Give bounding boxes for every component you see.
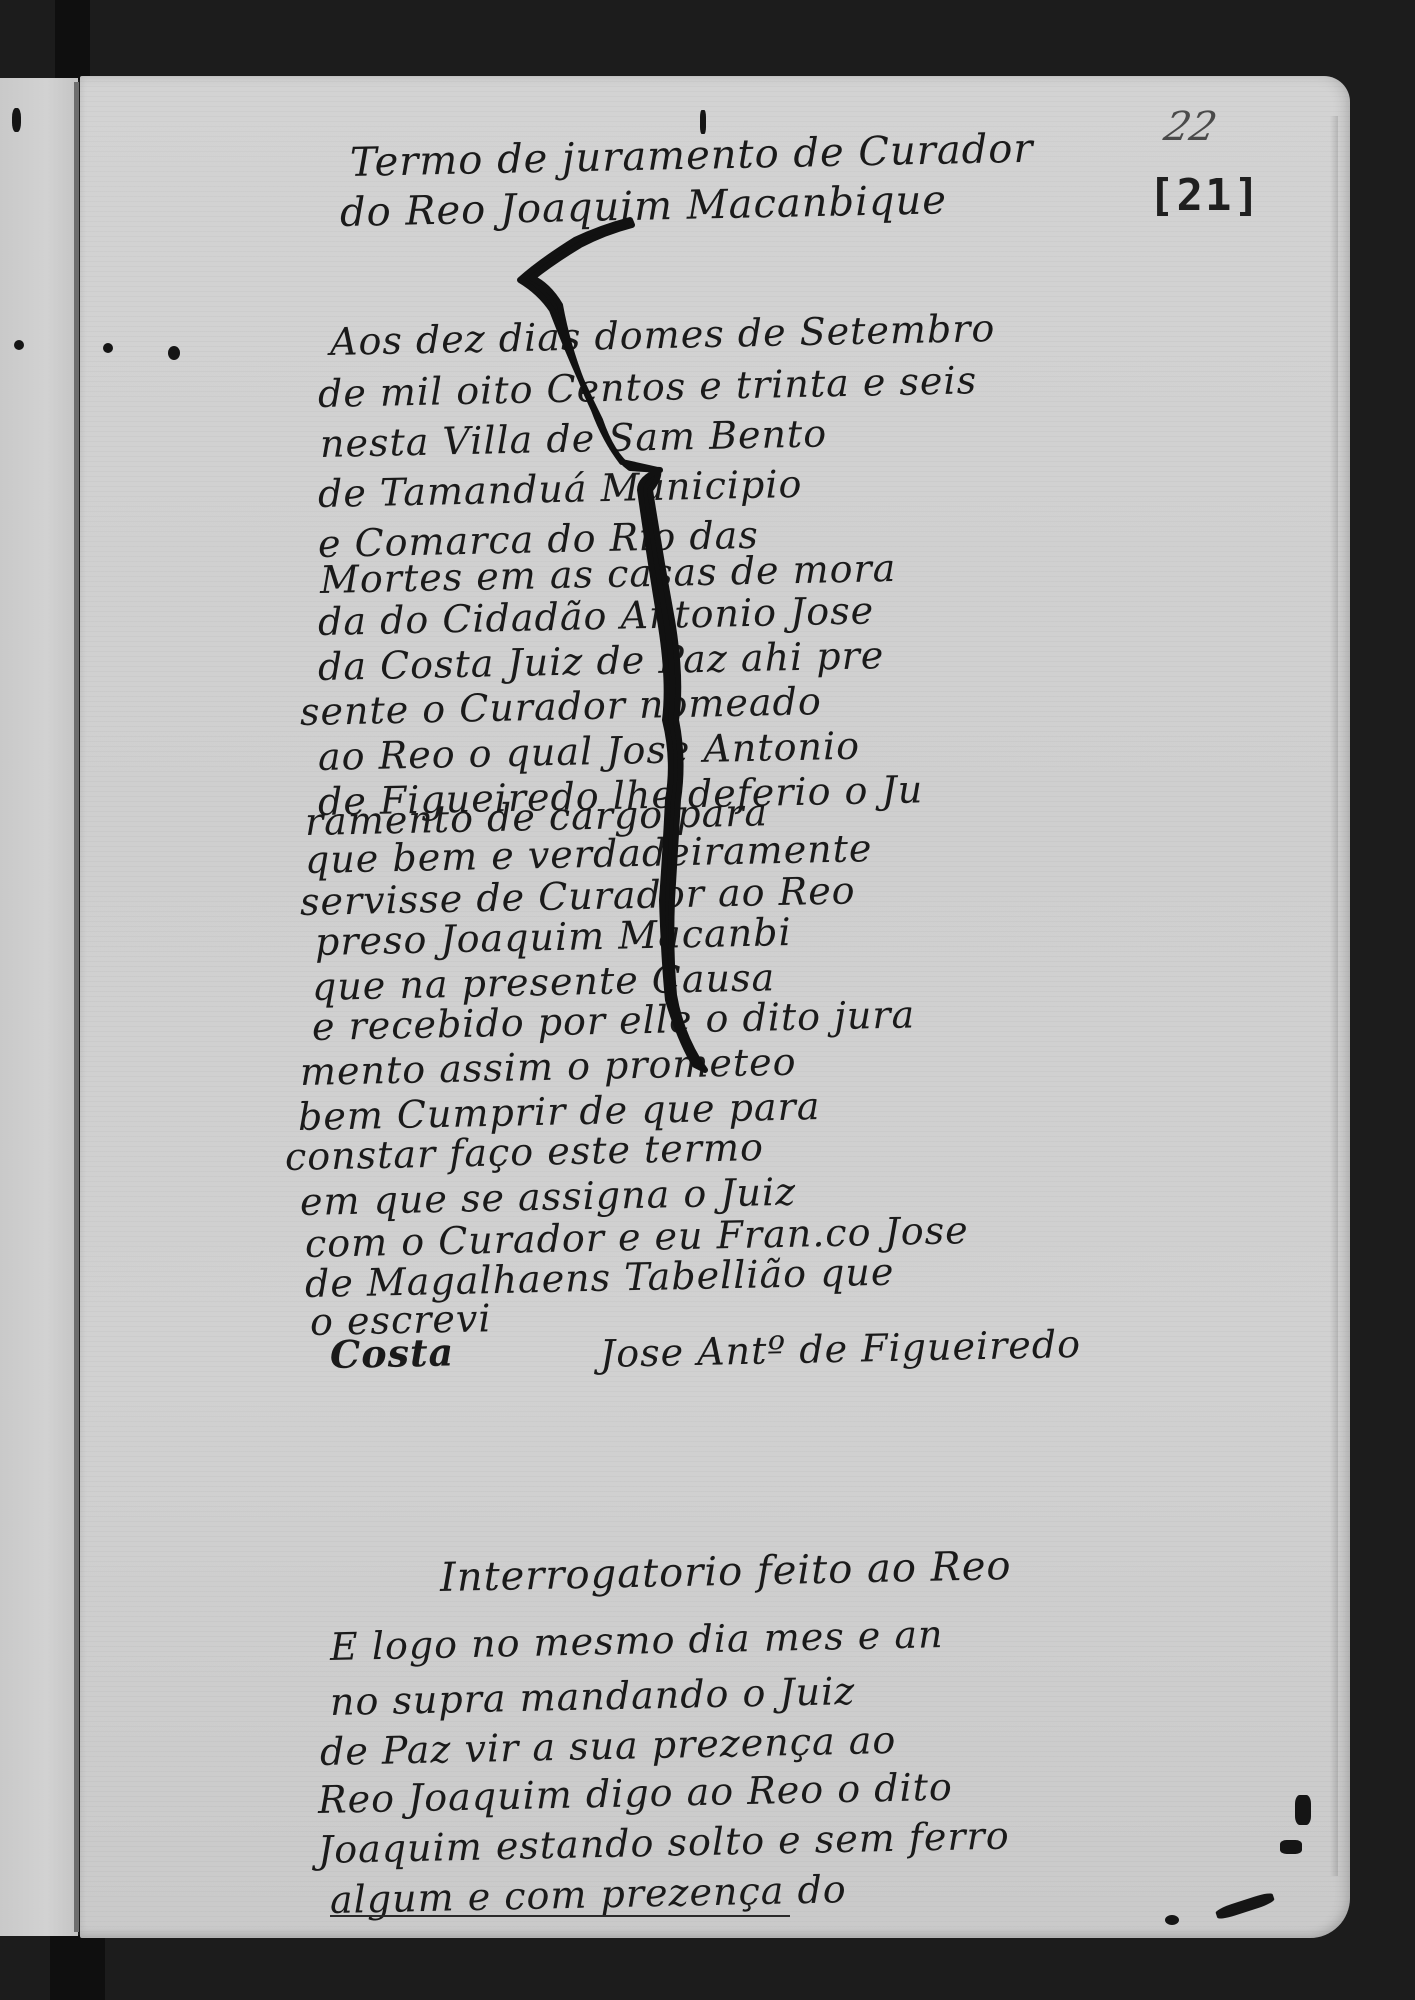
- binding-shadow-bottom: [50, 1935, 105, 2000]
- facing-page-sliver: [0, 78, 78, 1936]
- folio-number-handwritten: 22: [1160, 104, 1221, 150]
- corner-damage: [1295, 1795, 1311, 1825]
- page-edge: [1330, 116, 1338, 1876]
- binding-shadow: [55, 0, 90, 80]
- ink-spot: [700, 110, 706, 134]
- page-gutter: [74, 82, 79, 1932]
- folio-number-stamped: [21]: [1148, 170, 1262, 221]
- closing-underline: [330, 1915, 790, 1917]
- corner-damage: [1280, 1840, 1302, 1854]
- signature-judge: Costa: [330, 1329, 455, 1377]
- ink-spot: [12, 108, 21, 132]
- ink-spot: [103, 343, 113, 353]
- corner-damage: [1165, 1915, 1179, 1925]
- ink-spot: [168, 346, 180, 360]
- ink-spot: [14, 340, 24, 350]
